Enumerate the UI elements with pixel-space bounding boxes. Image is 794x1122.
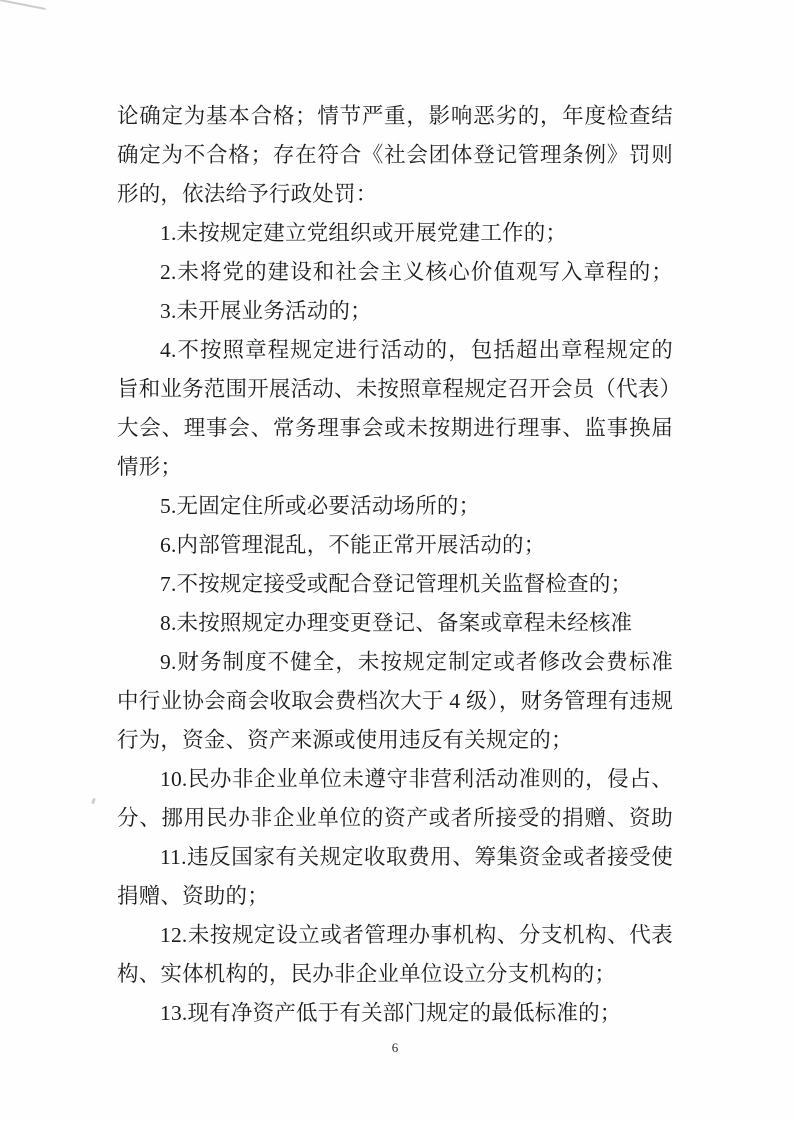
- text-line: 论确定为基本合格；情节严重，影响恶劣的，年度检查结论: [117, 97, 673, 136]
- text-line: 形的，依法给予行政处罚：: [117, 175, 673, 214]
- list-item-line: 9.财务制度不健全，未按规定制定或者修改会费标准（其: [117, 643, 673, 682]
- text-line: 分、挪用民办非企业单位的资产或者所接受的捐赠、资助的；: [117, 799, 673, 838]
- list-item-line: 10.民办非企业单位未遵守非营利活动准则的，侵占、私: [117, 760, 673, 799]
- text-line: 捐赠、资助的；: [117, 877, 673, 916]
- document-body: 论确定为基本合格；情节严重，影响恶劣的，年度检查结论 确定为不合格；存在符合《社…: [117, 97, 673, 1033]
- list-item-line: 11.违反国家有关规定收取费用、筹集资金或者接受使用: [117, 838, 673, 877]
- text-line: 确定为不合格；存在符合《社会团体登记管理条例》罚则情: [117, 136, 673, 175]
- list-item-line: 3.未开展业务活动的；: [117, 292, 673, 331]
- scan-artifact-line: [0, 0, 46, 10]
- text-line: 构、实体机构的，民办非企业单位设立分支机构的；: [117, 955, 673, 994]
- text-line: 情形；: [117, 448, 673, 487]
- text-line: 中行业协会商会收取会费档次大于 4 级），财务管理有违规: [117, 682, 673, 721]
- list-item-line: 2.未将党的建设和社会主义核心价值观写入章程的；: [117, 253, 673, 292]
- list-item-line: 12.未按规定设立或者管理办事机构、分支机构、代表机: [117, 916, 673, 955]
- page-number: 6: [117, 1037, 673, 1059]
- list-item-line: 1.未按规定建立党组织或开展党建工作的；: [117, 214, 673, 253]
- list-item-line: 8.未按照规定办理变更登记、备案或章程未经核准的；: [117, 604, 673, 643]
- list-item-line: 6.内部管理混乱，不能正常开展活动的；: [117, 526, 673, 565]
- text-line: 旨和业务范围开展活动、未按照章程规定召开会员（代表）: [117, 370, 673, 409]
- list-item-line: 4.不按照章程规定进行活动的，包括超出章程规定的宗: [117, 331, 673, 370]
- list-item-line: 13.现有净资产低于有关部门规定的最低标准的；: [117, 994, 673, 1033]
- scan-artifact-speck: [91, 798, 96, 805]
- text-line: 大会、理事会、常务理事会或未按期进行理事、监事换届等: [117, 409, 673, 448]
- document-page: 论确定为基本合格；情节严重，影响恶劣的，年度检查结论 确定为不合格；存在符合《社…: [0, 0, 794, 1122]
- list-item-line: 5.无固定住所或必要活动场所的；: [117, 487, 673, 526]
- text-line: 行为，资金、资产来源或使用违反有关规定的；: [117, 721, 673, 760]
- list-item-line: 7.不按规定接受或配合登记管理机关监督检查的；: [117, 565, 673, 604]
